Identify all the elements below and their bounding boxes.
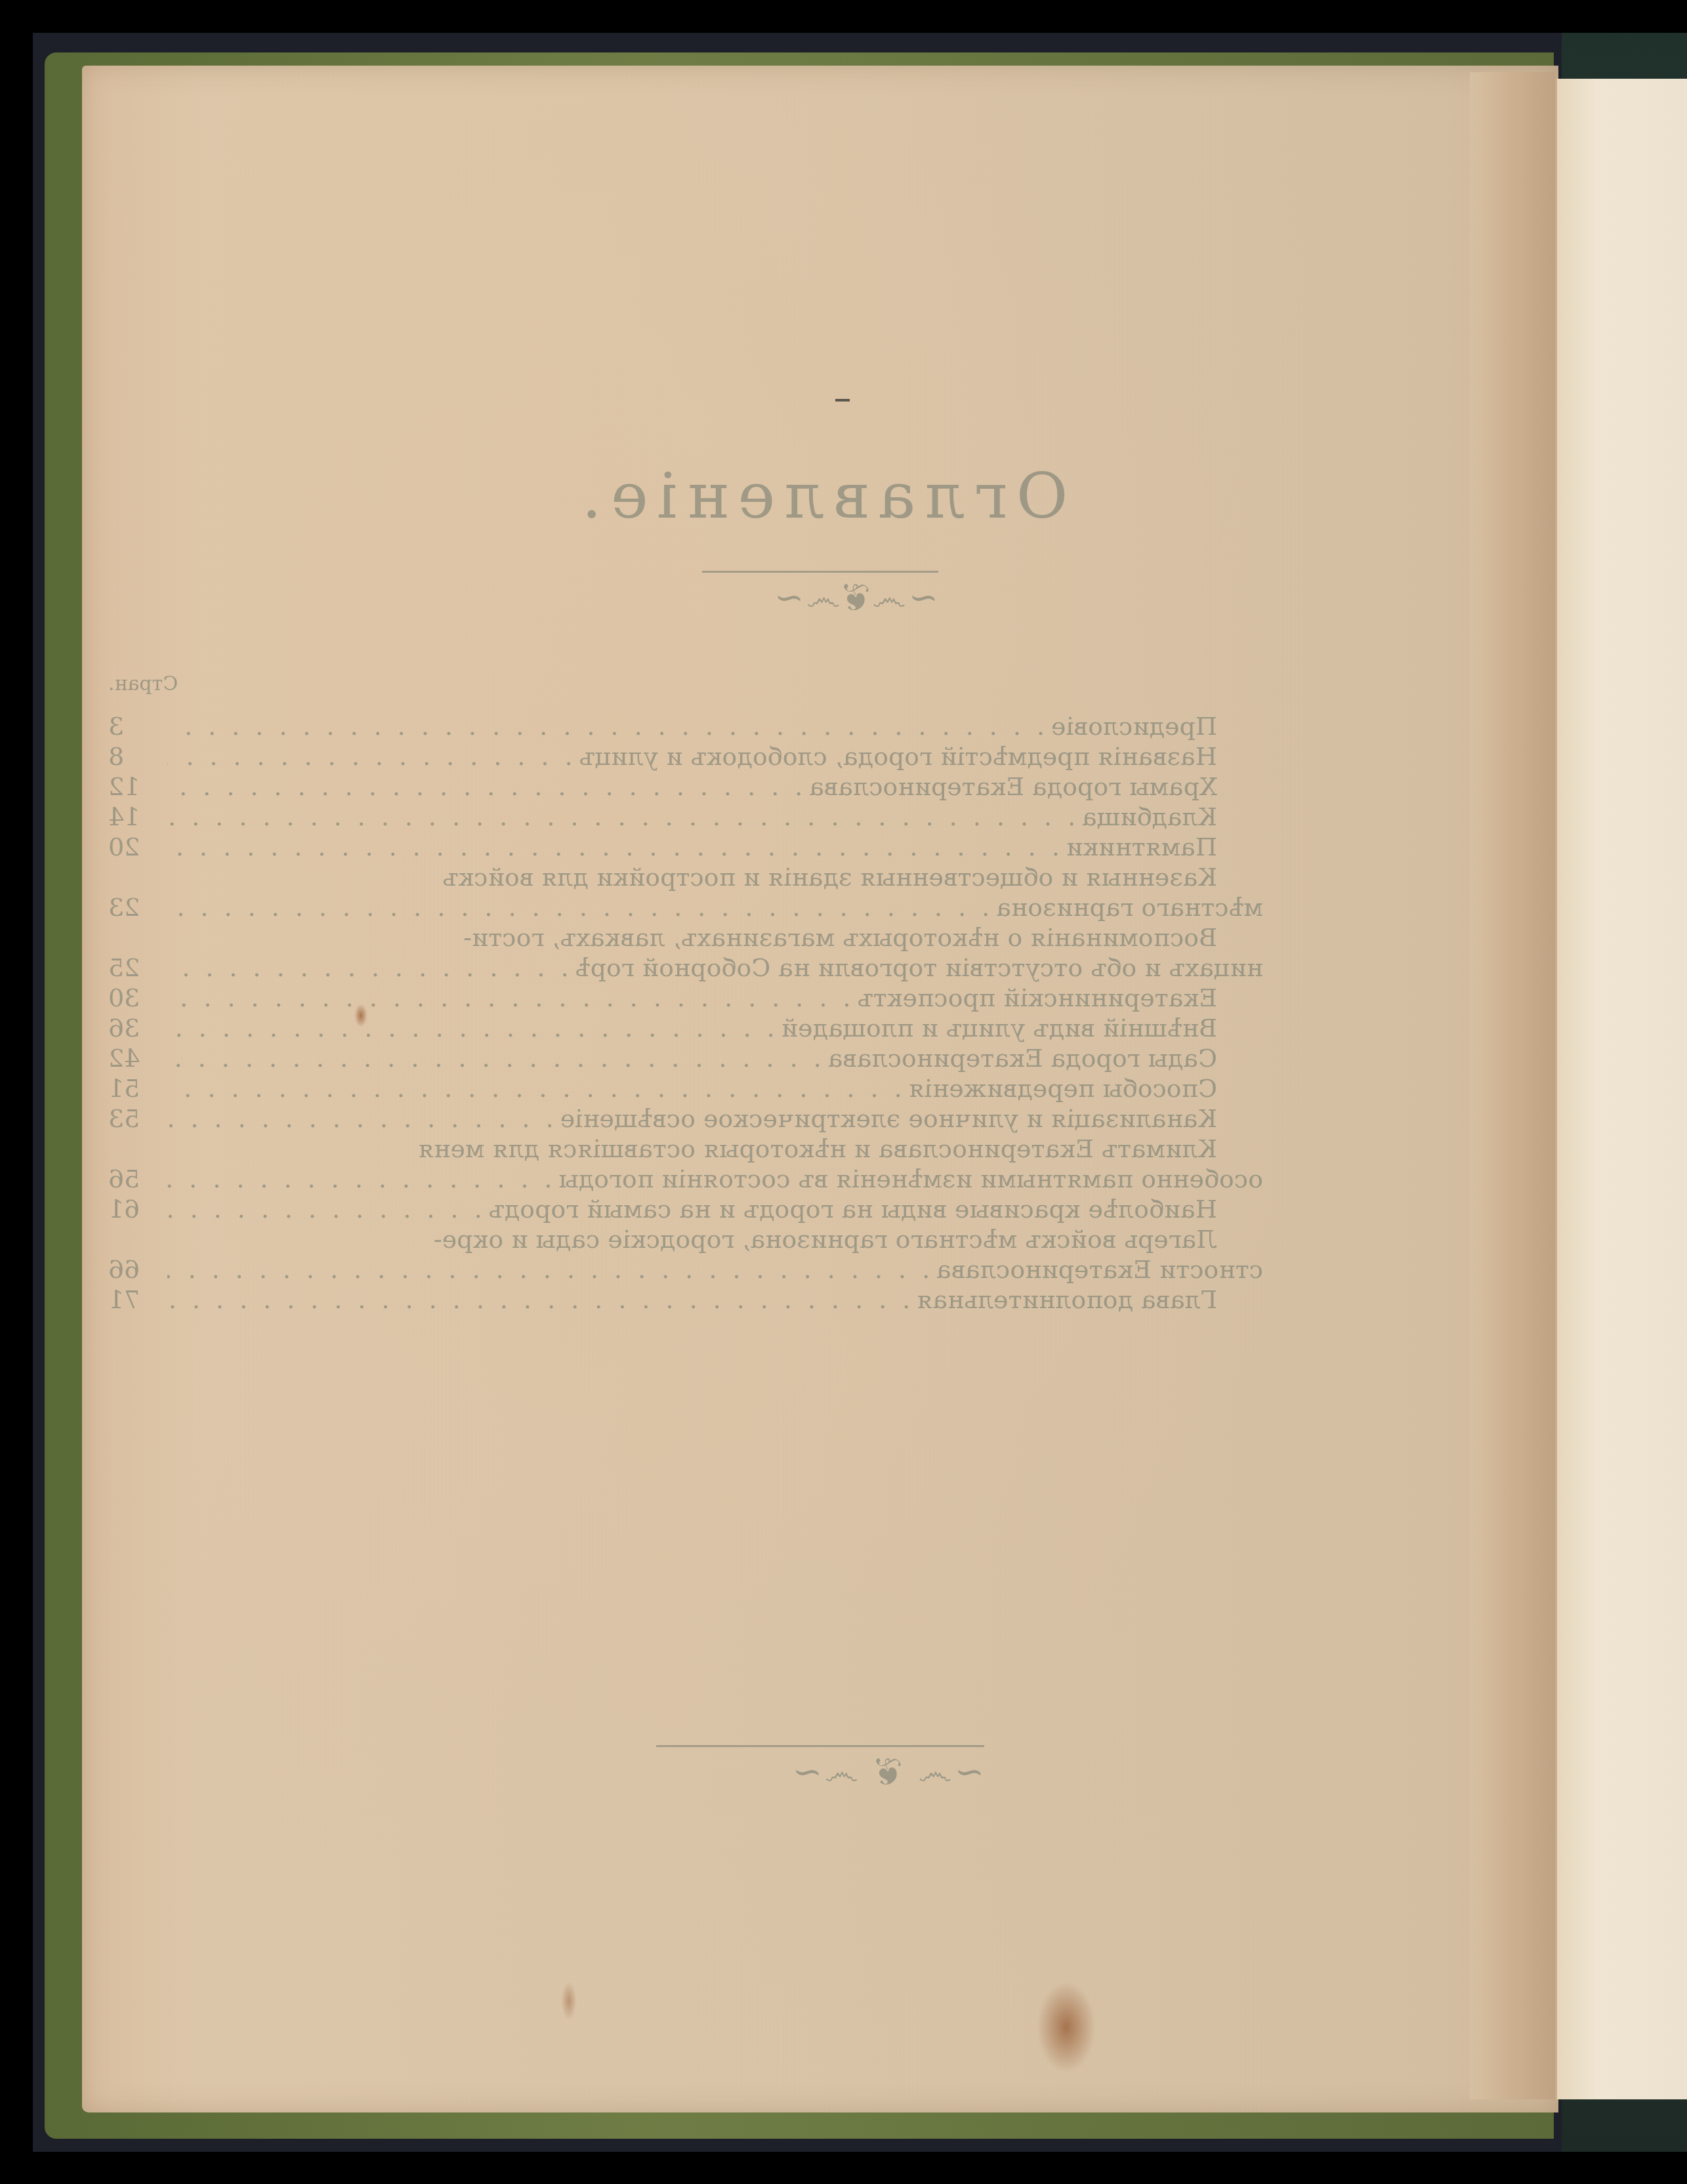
toc-entry: Екатерининскій проспектъ................…	[108, 983, 1263, 1013]
bleed-through-content: Оглавленіе. ~෴❦෴~ Стран. Предисловіе....…	[82, 66, 1558, 2112]
toc-page-number: 56	[108, 1164, 161, 1194]
toc-page-number: 23	[108, 892, 161, 922]
toc-entry: Названія предмѣстій города, слободокъ и …	[108, 741, 1263, 772]
toc-entry-title: Сады города Екатеринослава	[828, 1043, 1263, 1073]
toc-page-number: 53	[108, 1103, 161, 1134]
toc-page-number: 20	[108, 832, 161, 862]
toc-entry: Казенныя и общественныя зданія и построй…	[108, 862, 1263, 892]
toc-entry-title: Предисловіе	[1051, 711, 1263, 741]
ornament-top: ~෴❦෴~	[702, 571, 938, 619]
toc-entry-title: ницахъ и объ отсутствіи торговли на Собо…	[575, 953, 1263, 983]
toc-entry: особенно памятными измѣненія въ состояні…	[108, 1164, 1263, 1194]
toc-page-number: 12	[108, 772, 161, 802]
leader-dots: ........................................…	[167, 1103, 554, 1134]
toc-page-number: 42	[108, 1043, 161, 1073]
leader-dots: ........................................…	[167, 802, 1075, 832]
toc-entry-title: мѣстнаго гарнизона	[996, 892, 1263, 922]
toc-entry-title: особенно памятными измѣненія въ состояні…	[559, 1164, 1263, 1194]
toc-entry-title: Климатъ Екатеринослава и нѣкоторыя остав…	[418, 1134, 1263, 1164]
toc-entry-title: Глава дополнительная	[917, 1285, 1263, 1315]
ornament-bottom: ~෴ ❦ ෴~	[656, 1745, 984, 1793]
toc-entry-title: стности Екатеринослава	[936, 1254, 1263, 1285]
toc-page-number: 51	[108, 1073, 161, 1103]
toc-entry-title: Канализація и уличное электрическое освѣ…	[560, 1103, 1263, 1134]
toc-page-number: 25	[108, 953, 161, 983]
toc-entry-title: Воспоминанія о нѣкоторыхъ магазинахъ, ла…	[463, 922, 1263, 953]
toc-entry: стности Екатеринослава..................…	[108, 1254, 1263, 1285]
toc-entry-title: Внѣшній видъ улицъ и площадей	[781, 1013, 1263, 1043]
leader-dots: ........................................…	[167, 832, 1060, 862]
toc-entry: Канализація и уличное электрическое освѣ…	[108, 1103, 1263, 1134]
page-title: Оглавленіе.	[82, 459, 1558, 533]
toc-page-number: 71	[108, 1285, 161, 1315]
top-dash-mark	[835, 399, 850, 402]
leader-dots: ........................................…	[167, 1254, 930, 1285]
facing-page	[1555, 79, 1687, 2099]
toc-entry-title: Екатерининскій проспектъ	[858, 983, 1263, 1013]
toc-entry-title: Названія предмѣстій города, слободокъ и …	[579, 741, 1263, 772]
toc-page-number: 30	[108, 983, 161, 1013]
leader-dots: ........................................…	[167, 1073, 902, 1103]
table-of-contents: Стран. Предисловіе......................…	[108, 669, 1263, 1315]
toc-entry-title: Способы передвиженія	[909, 1073, 1263, 1103]
leader-dots: ........................................…	[167, 1285, 910, 1315]
toc-entry: Воспоминанія о нѣкоторыхъ магазинахъ, ла…	[108, 922, 1263, 953]
toc-entry: Кладбища................................…	[108, 802, 1263, 832]
toc-entry: Памятники...............................…	[108, 832, 1263, 862]
page-column-header: Стран.	[108, 669, 1263, 699]
toc-page-number: 8	[108, 741, 161, 772]
toc-entry: Климатъ Екатеринослава и нѣкоторыя остав…	[108, 1134, 1263, 1164]
toc-entry-title: Наиболѣе красивые виды на городъ и на са…	[489, 1194, 1263, 1224]
leader-dots: ........................................…	[167, 983, 851, 1013]
toc-entry: Сады города Екатеринослава..............…	[108, 1043, 1263, 1073]
leader-dots: ........................................…	[167, 1013, 775, 1043]
toc-entry: Способы передвиженія....................…	[108, 1073, 1263, 1103]
leader-dots: ........................................…	[167, 1043, 822, 1073]
toc-entry-title: Памятники	[1066, 832, 1263, 862]
toc-entry: Глава дополнительная....................…	[108, 1285, 1263, 1315]
toc-entry: Лагерь войскъ мѣстнаго гарнизона, городс…	[108, 1224, 1263, 1254]
toc-entry-title: Кладбища	[1082, 802, 1263, 832]
leader-dots: ........................................…	[167, 1194, 482, 1224]
leader-dots: ........................................…	[167, 892, 989, 922]
toc-entry: Внѣшній видъ улицъ и площадей...........…	[108, 1013, 1263, 1043]
toc-entry: Предисловіе.............................…	[108, 711, 1263, 741]
toc-page-number: 66	[108, 1254, 161, 1285]
leader-dots: ........................................…	[167, 741, 573, 772]
toc-entry-title: Лагерь войскъ мѣстнаго гарнизона, городс…	[434, 1224, 1263, 1254]
toc-page-number: 61	[108, 1194, 161, 1224]
toc-page-number: 3	[108, 711, 161, 741]
leader-dots: ........................................…	[167, 1164, 552, 1194]
toc-page-number: 14	[108, 802, 161, 832]
toc-entry: ницахъ и объ отсутствіи торговли на Собо…	[108, 953, 1263, 983]
leader-dots: ........................................…	[167, 772, 802, 802]
leader-dots: ........................................…	[167, 953, 569, 983]
toc-entry: Храмы города Екатеринослава.............…	[108, 772, 1263, 802]
toc-entry: Наиболѣе красивые виды на городъ и на са…	[108, 1194, 1263, 1224]
toc-page-number: 36	[108, 1013, 161, 1043]
toc-entry: мѣстнаго гарнизона......................…	[108, 892, 1263, 922]
toc-entry-title: Храмы города Екатеринослава	[809, 772, 1263, 802]
leader-dots: ........................................…	[167, 711, 1045, 741]
toc-entry-title: Казенныя и общественныя зданія и построй…	[442, 862, 1263, 892]
